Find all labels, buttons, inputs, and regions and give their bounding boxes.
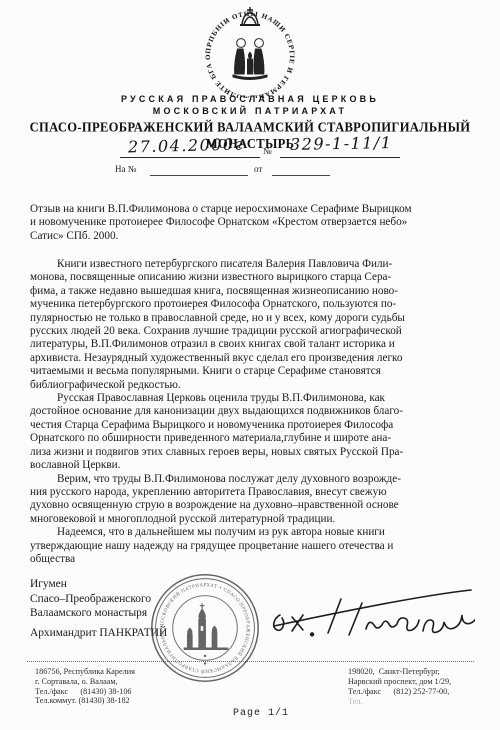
footer-address-left: 186756, Республика Карелия г. Сортавала,…	[35, 667, 135, 706]
letter-body: Книги известного петербургского писателя…	[30, 258, 478, 566]
handwritten-signature	[240, 583, 475, 645]
patriarchate-line: МОСКОВСКИЙ ПАТРИАРХАТ	[0, 106, 500, 116]
na-number-label: На №	[115, 164, 136, 174]
emblem-ring-text: ПРПБНІИ ОТЦЫ НАШИ СЕРГІЕ И ГЕРМАНЕ МОЛИТ…	[198, 4, 295, 98]
na-underline	[150, 175, 248, 176]
handwritten-number: 329-1-11/1	[290, 133, 393, 154]
handwritten-date: 27.04.2000г	[128, 134, 245, 156]
date-underline	[120, 157, 260, 158]
emblem-saints-icon	[233, 39, 267, 80]
signatory-title: Игумен Спасо–Преображенского Валаамского…	[30, 577, 151, 621]
body-paragraph-4: Надеемся, что в дальнейшем мы получим из…	[30, 526, 478, 566]
stamp-church-icon	[184, 603, 228, 649]
monastery-emblem-icon: ПРПБНІИ ОТЦЫ НАШИ СЕРГІЕ И ГЕРМАНЕ МОЛИТ…	[198, 4, 302, 98]
body-paragraph-2: Русская Православная Церковь оценила тру…	[30, 392, 478, 472]
footer-address-right-faded: Тел.	[348, 697, 362, 707]
signatory-name: Архимандрит ПАНКРАТИЙ	[30, 627, 167, 639]
ot-label: от	[254, 164, 262, 174]
subject-line: Отзыв на книги В.П.Филимонова о старце и…	[30, 203, 478, 243]
church-name-line: РУССКАЯ ПРАВОСЛАВНАЯ ЦЕРКОВЬ	[0, 94, 500, 104]
page-number-label: Page 1/1	[233, 708, 289, 719]
footer-address-right: 198020, Санкт-Петербург, Нарвский проспе…	[348, 667, 451, 696]
scanned-letter-page: ПРПБНІИ ОТЦЫ НАШИ СЕРГІЕ И ГЕРМАНЕ МОЛИТ…	[0, 0, 500, 730]
number-underline	[280, 157, 400, 158]
ot-underline	[272, 175, 330, 176]
svg-text:ПРПБНІИ ОТЦЫ НАШИ СЕРГІЕ И ГЕР: ПРПБНІИ ОТЦЫ НАШИ СЕРГІЕ И ГЕРМАНЕ МОЛИТ…	[198, 4, 295, 98]
number-sign-label: №	[263, 146, 272, 156]
body-paragraph-1: Книги известного петербургского писателя…	[30, 258, 478, 392]
body-paragraph-3: Верим, что труды В.П.Филимонова послужат…	[30, 473, 478, 527]
monastery-name-line: СПАСО-ПРЕОБРАЖЕНСКИЙ ВАЛААМСКИЙ СТАВРОПИ…	[0, 119, 500, 153]
